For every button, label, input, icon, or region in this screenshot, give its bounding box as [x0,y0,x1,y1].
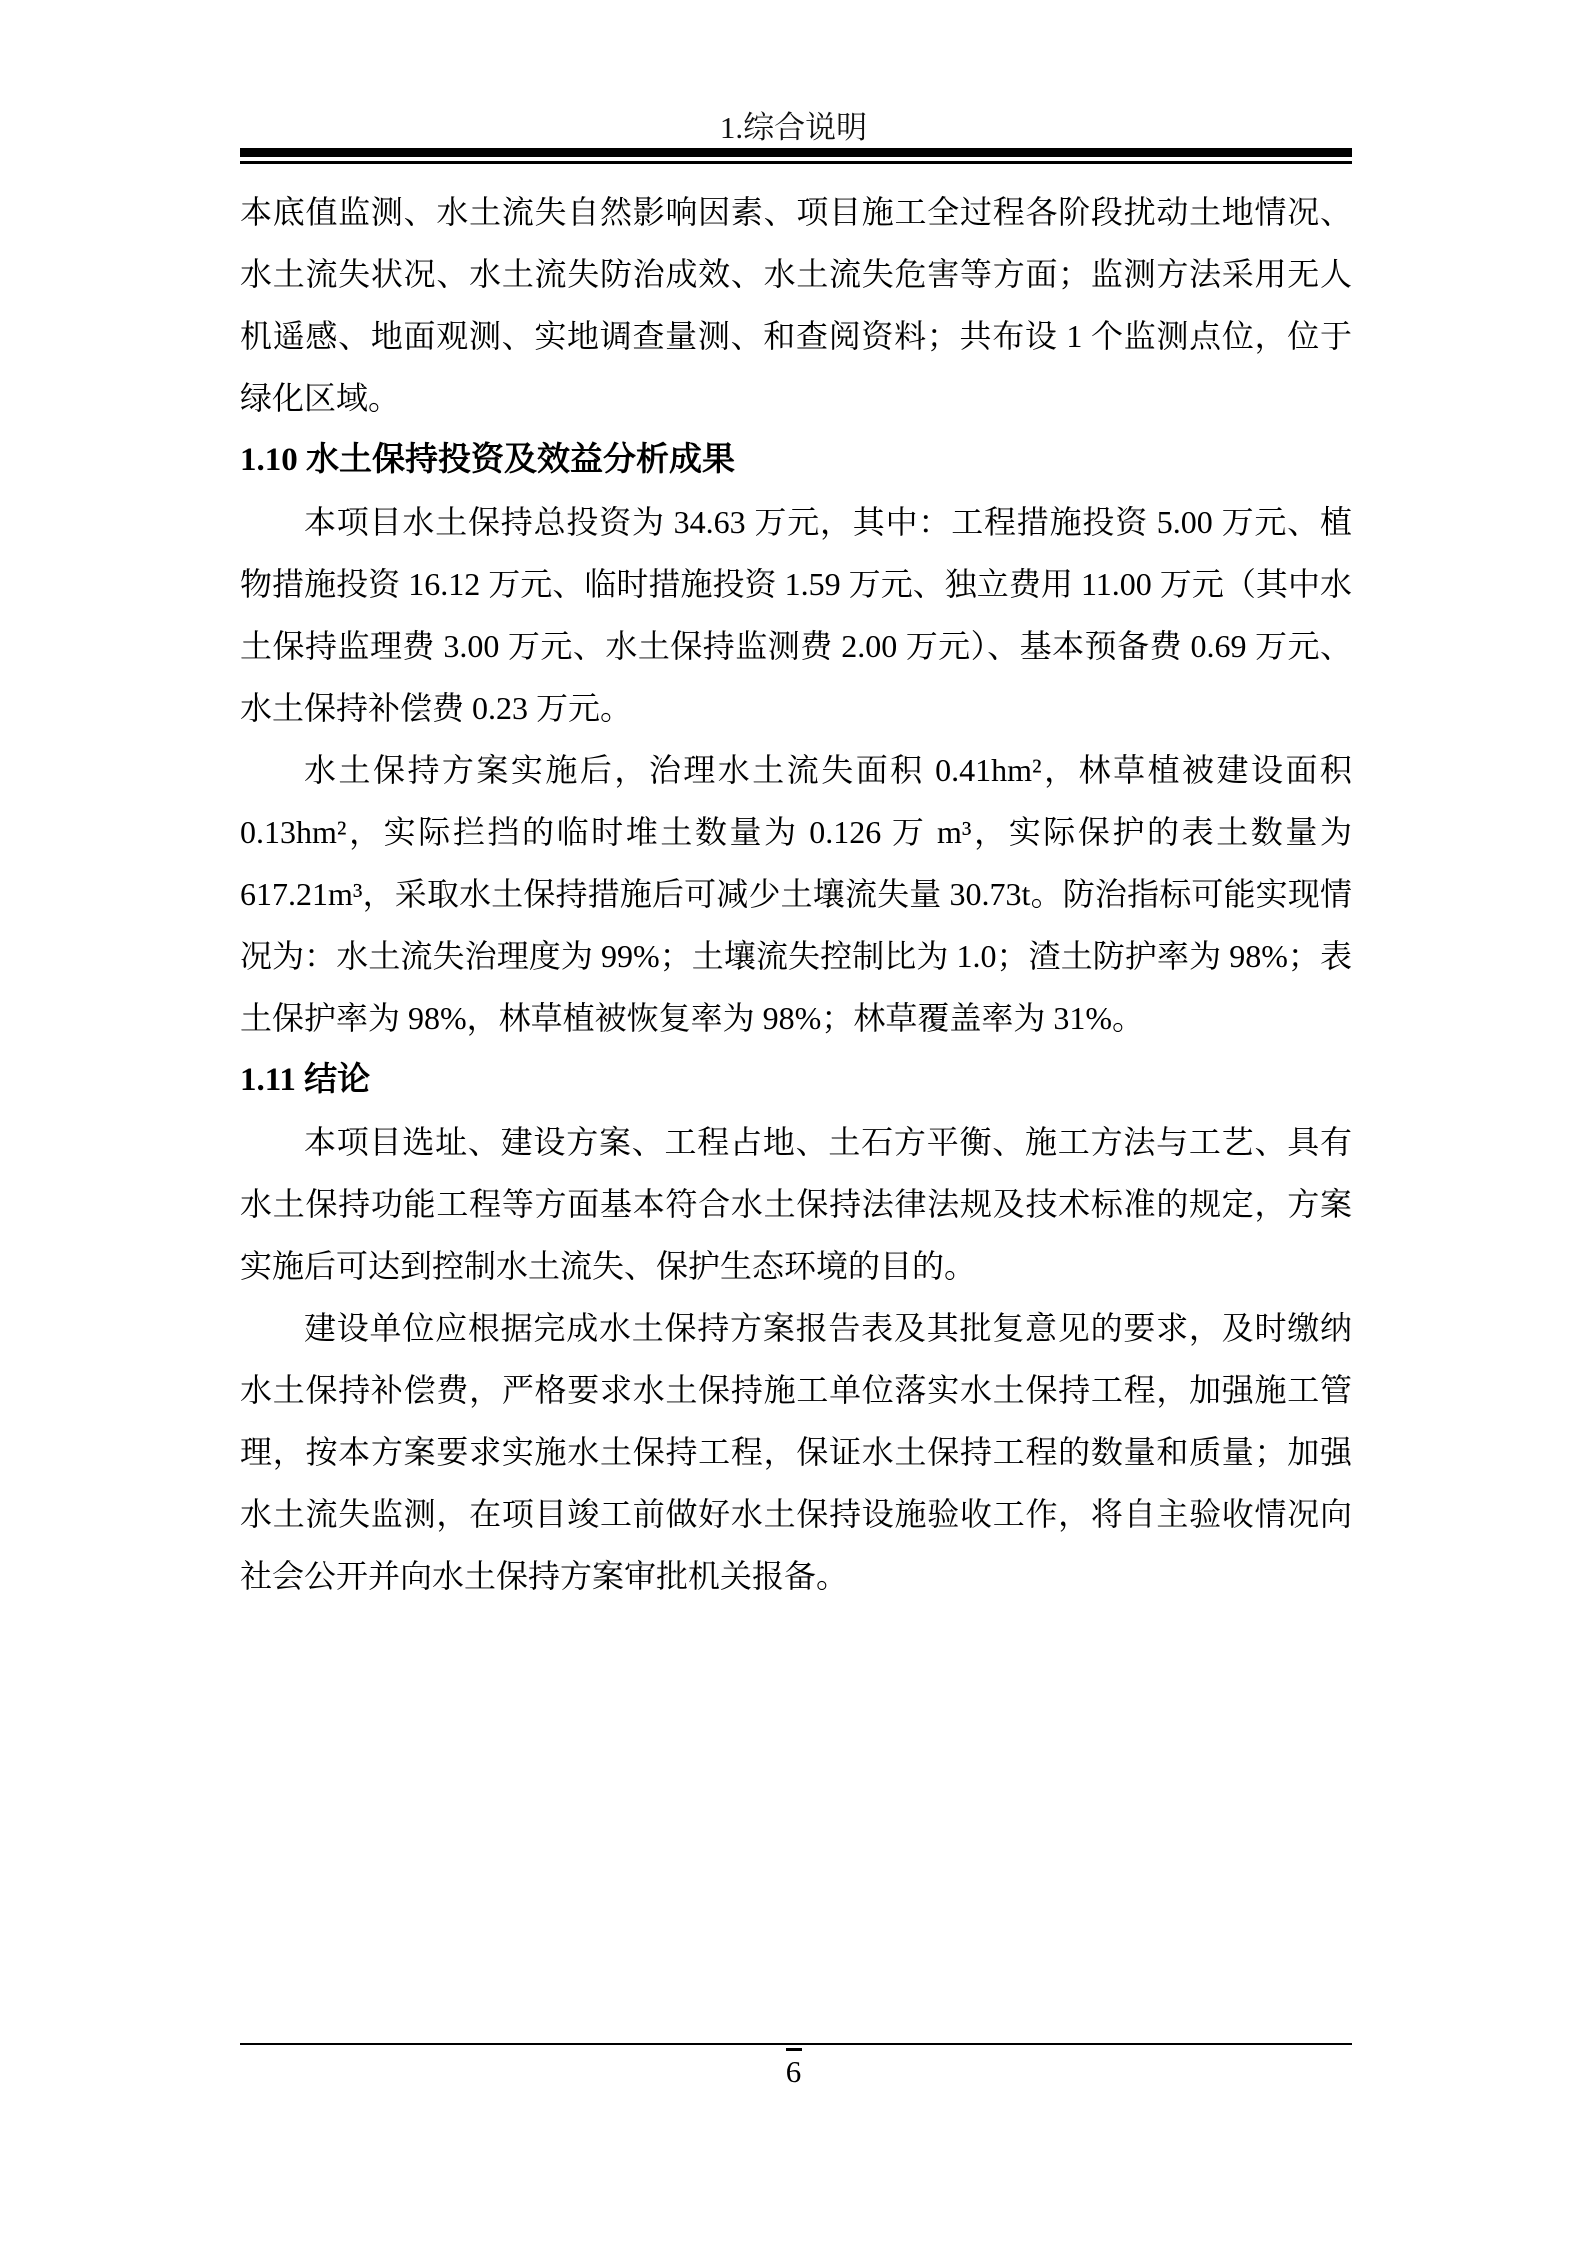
document-body: 本底值监测、水土流失自然影响因素、项目施工全过程各阶段扰动土地情况、水土流失状况… [240,181,1352,1607]
paragraph-compliance: 本项目选址、建设方案、工程占地、土石方平衡、施工方法与工艺、具有水土保持功能工程… [240,1111,1352,1297]
section-heading-1-11: 1.11 结论 [240,1049,1352,1111]
section-heading-1-10: 1.10 水土保持投资及效益分析成果 [240,429,1352,491]
page-header-title: 1.综合说明 [0,110,1587,146]
document-page: 1.综合说明 本底值监测、水土流失自然影响因素、项目施工全过程各阶段扰动土地情况… [0,0,1587,2245]
intro-paragraph: 本底值监测、水土流失自然影响因素、项目施工全过程各阶段扰动土地情况、水土流失状况… [240,181,1352,429]
header-rule-thin [240,161,1352,164]
paragraph-investment: 本项目水土保持总投资为 34.63 万元，其中：工程措施投资 5.00 万元、植… [240,491,1352,739]
footer-rule [240,2043,1352,2045]
paragraph-requirements: 建设单位应根据完成水土保持方案报告表及其批复意见的要求，及时缴纳水土保持补偿费，… [240,1297,1352,1607]
page-number: 6 [0,2050,1587,2094]
paragraph-benefit: 水土保持方案实施后，治理水土流失面积 0.41hm²，林草植被建设面积 0.13… [240,739,1352,1049]
header-rule-thick [240,148,1352,157]
